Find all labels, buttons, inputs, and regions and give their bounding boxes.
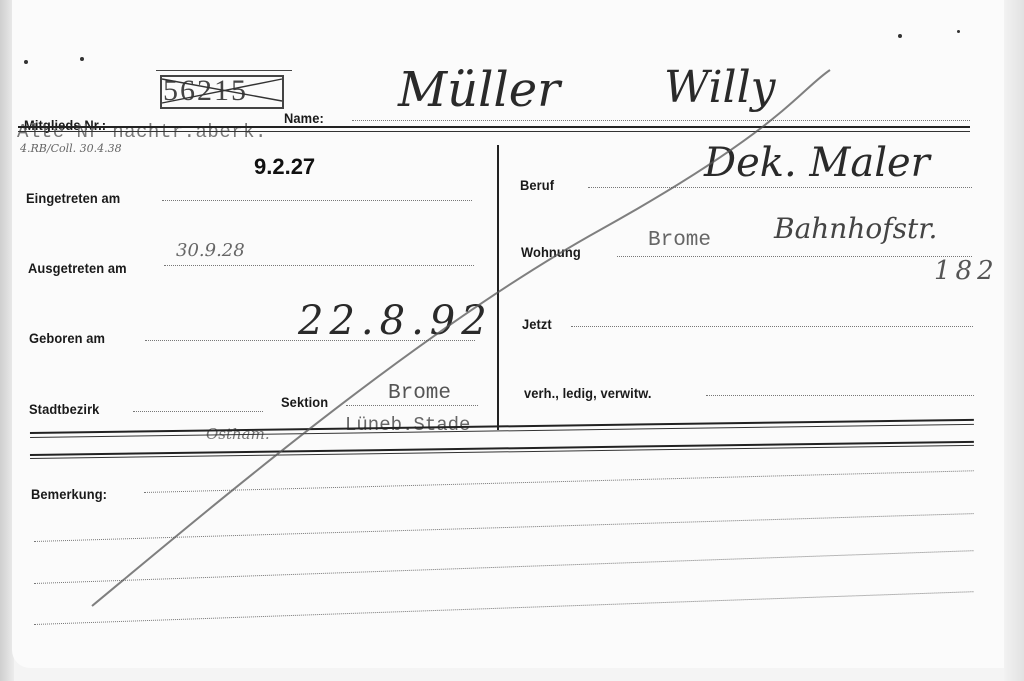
remarks-label: Bemerkung:	[31, 486, 107, 502]
section-label: Sektion	[281, 394, 328, 410]
left-line	[164, 265, 474, 266]
joined-line	[162, 200, 472, 201]
speck	[898, 34, 902, 38]
name-line	[352, 120, 970, 121]
now-label: Jetzt	[522, 316, 552, 332]
left-label: Ausgetreten am	[28, 260, 127, 276]
district-label: Stadtbezirk	[29, 401, 99, 417]
occupation-line	[588, 187, 972, 188]
residence-label: Wohnung	[521, 244, 581, 260]
section-line	[346, 405, 478, 406]
speck	[24, 60, 28, 64]
speck	[957, 30, 960, 33]
joined-value: 9.2.27	[254, 154, 315, 180]
district-line	[133, 411, 263, 412]
residence-town-value: Brome	[648, 229, 711, 252]
born-value: 22.8.92	[298, 298, 493, 344]
occupation-label: Beruf	[520, 177, 554, 193]
residence-line	[617, 256, 972, 257]
marital-status-line	[706, 395, 974, 396]
now-line	[571, 326, 973, 327]
surname-value: Müller	[398, 62, 560, 118]
given-name-value: Willy	[664, 62, 776, 113]
column-divider	[497, 145, 499, 430]
joined-label: Eingetreten am	[26, 190, 120, 206]
born-line	[145, 340, 475, 341]
old-number-note: Alte Nr nachtr.aberk.	[17, 121, 267, 143]
left-value: 30.9.28	[176, 240, 245, 261]
name-label: Name:	[284, 110, 324, 126]
occupation-value: Dek. Maler	[704, 140, 930, 186]
residence-street-value: Bahnhofstr.	[774, 212, 937, 245]
header-rule	[18, 126, 970, 132]
born-label: Geboren am	[29, 330, 105, 346]
background-right	[1004, 0, 1024, 681]
strike-through-mark	[160, 75, 284, 107]
section-value: Brome	[388, 382, 451, 405]
marital-status-label: verh., ledig, verwitw.	[524, 385, 652, 401]
speck	[80, 57, 84, 61]
residence-number-value: 182	[934, 256, 999, 286]
old-number-handwritten-note: 4.RB/Coll. 30.4.38	[20, 142, 122, 155]
